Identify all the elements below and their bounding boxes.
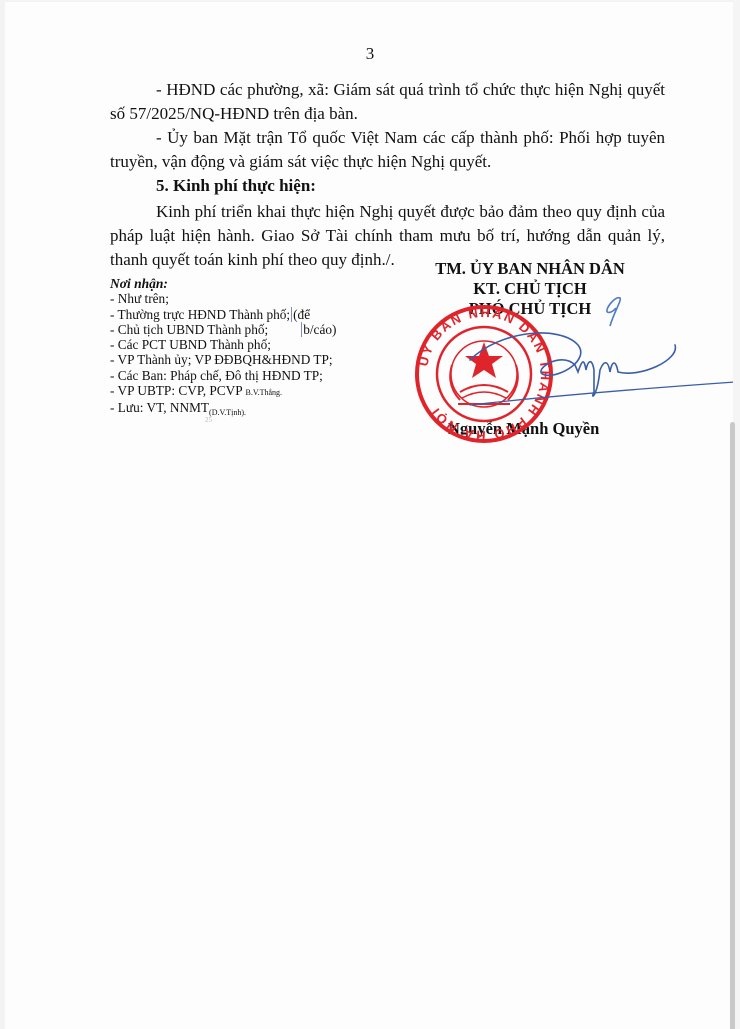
scrollbar-thumb[interactable] xyxy=(730,422,735,1029)
initial-mark-icon xyxy=(607,298,620,326)
document-viewer: 3 - HĐND các phường, xã: Giám sát quá tr… xyxy=(0,0,740,1029)
stamp-and-signature: ỦY BAN NHÂN DÂN THÀNH PHỐ HÀ NỘI xyxy=(0,0,740,1029)
official-stamp-icon: ỦY BAN NHÂN DÂN THÀNH PHỐ HÀ NỘI xyxy=(415,305,553,443)
